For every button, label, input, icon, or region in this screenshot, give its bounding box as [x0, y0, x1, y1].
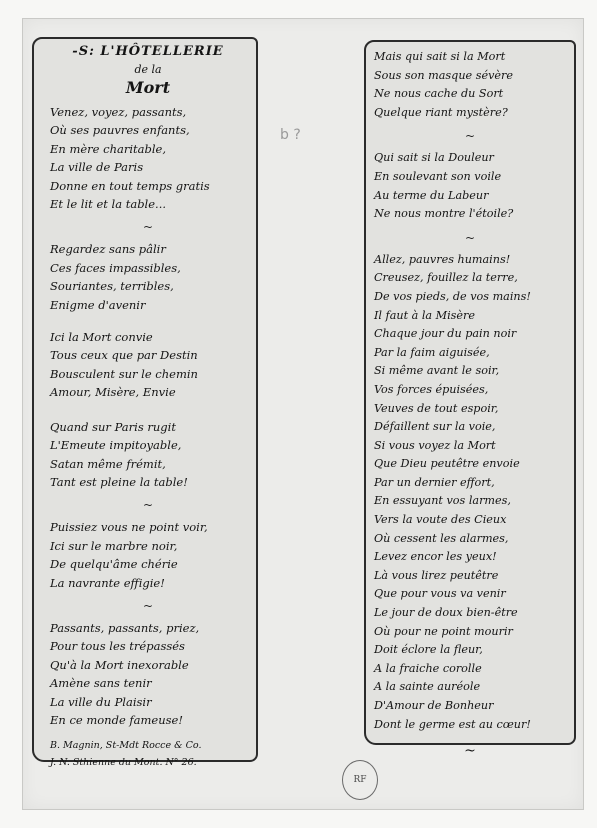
verse-line: La ville du Plaisir — [50, 693, 246, 711]
library-stamp: RF — [342, 760, 378, 800]
verse-line: Dont le germe est au cœur! — [374, 716, 566, 735]
verse-line: En mère charitable, — [50, 140, 246, 158]
verse-line: Amour, Misère, Envie — [50, 383, 246, 401]
verse-line: Satan même frémit, — [50, 455, 246, 473]
verse-line: Puissiez vous ne point voir, — [50, 518, 246, 536]
stanza-8: Qui sait si la Douleur En soulevant son … — [374, 149, 566, 223]
verse-line: Amène sans tenir — [50, 674, 246, 692]
verse-line: Pour tous les trépassés — [50, 637, 246, 655]
stanza-7: Mais qui sait si la Mort Sous son masque… — [374, 48, 566, 122]
stanza-5: Puissiez vous ne point voir, Ici sur le … — [50, 518, 246, 592]
verse-line: Que pour vous va venir — [374, 585, 566, 604]
verse-line: Passants, passants, priez, — [50, 619, 246, 637]
verse-line: Veuves de tout espoir, — [374, 400, 566, 419]
verse-line: Par un dernier effort, — [374, 474, 566, 493]
verse-line: Regardez sans pâlir — [50, 240, 246, 258]
stanza-2: Regardez sans pâlir Ces faces impassible… — [50, 240, 246, 314]
verse-line: Au terme du Labeur — [374, 187, 566, 206]
verse-line: Allez, pauvres humains! — [374, 251, 566, 270]
right-poem-column: Mais qui sait si la Mort Sous son masque… — [364, 40, 576, 745]
verse-line: Donne en tout temps gratis — [50, 177, 246, 195]
verse-line: Qu'à la Mort inexorable — [50, 656, 246, 674]
verse-line: En essuyant vos larmes, — [374, 492, 566, 511]
verse-line: L'Emeute impitoyable, — [50, 436, 246, 454]
verse-line: En soulevant son voile — [374, 168, 566, 187]
left-poem-column: -S: L'HÔTELLERIE de la Mort Venez, voyez… — [32, 37, 258, 762]
verse-line: Vos forces épuisées, — [374, 381, 566, 400]
stanza-3: Ici la Mort convie Tous ceux que par Des… — [50, 328, 246, 402]
verse-line: Si même avant le soir, — [374, 362, 566, 381]
verse-line: Le jour de doux bien-être — [374, 604, 566, 623]
stanza-9: Allez, pauvres humains! Creusez, fouille… — [374, 251, 566, 734]
verse-line: Bousculent sur le chemin — [50, 365, 246, 383]
verse-line: Défaillent sur la voie, — [374, 418, 566, 437]
verse-line: Creusez, fouillez la terre, — [374, 269, 566, 288]
verse-line: Quand sur Paris rugit — [50, 418, 246, 436]
poem-title-de-la: de la — [50, 61, 246, 79]
verse-line: Quelque riant mystère? — [374, 104, 566, 123]
flourish-divider: ~ — [374, 233, 566, 243]
verse-line: Que Dieu peutêtre envoie — [374, 455, 566, 474]
verse-line: Ici sur le marbre noir, — [50, 537, 246, 555]
verse-line: Tous ceux que par Destin — [50, 346, 246, 364]
verse-line: Chaque jour du pain noir — [374, 325, 566, 344]
verse-line: Sous son masque sévère — [374, 67, 566, 86]
flourish-bottom: ~ — [374, 743, 566, 759]
verse-line: Tant est pleine la table! — [50, 473, 246, 491]
verse-line: Vers la voute des Cieux — [374, 511, 566, 530]
verse-line: Venez, voyez, passants, — [50, 103, 246, 121]
imprint-line-1: B. Magnin, St-Mdt Rocce & Co. — [50, 738, 246, 753]
verse-line: D'Amour de Bonheur — [374, 697, 566, 716]
flourish-divider: ~ — [50, 500, 246, 510]
verse-line: Qui sait si la Douleur — [374, 149, 566, 168]
verse-line: Il faut à la Misère — [374, 307, 566, 326]
stanza-6: Passants, passants, priez, Pour tous les… — [50, 619, 246, 729]
flourish-divider: ~ — [374, 131, 566, 141]
verse-line: Levez encor les yeux! — [374, 548, 566, 567]
verse-line: La navrante effigie! — [50, 574, 246, 592]
verse-line: Et le lit et la table... — [50, 195, 246, 213]
verse-line: De vos pieds, de vos mains! — [374, 288, 566, 307]
imprint-line-2: J. N. Sthienne du Mont. N° 26. — [50, 755, 246, 770]
verse-line: Si vous voyez la Mort — [374, 437, 566, 456]
poem-title-mort: Mort — [50, 79, 246, 97]
stanza-4: Quand sur Paris rugit L'Emeute impitoyab… — [50, 418, 246, 492]
poem-title: -S: L'HÔTELLERIE — [50, 43, 246, 61]
stanza-1: Venez, voyez, passants, Où ses pauvres e… — [50, 103, 246, 213]
verse-line: Où cessent les alarmes, — [374, 530, 566, 549]
verse-line: A la sainte auréole — [374, 678, 566, 697]
flourish-divider: ~ — [50, 222, 246, 232]
verse-line: La ville de Paris — [50, 158, 246, 176]
verse-line: Ne nous montre l'étoile? — [374, 205, 566, 224]
verse-line: Où ses pauvres enfants, — [50, 121, 246, 139]
verse-line: A la fraiche corolle — [374, 660, 566, 679]
verse-line: En ce monde fameuse! — [50, 711, 246, 729]
verse-line: Où pour ne point mourir — [374, 623, 566, 642]
verse-line: Souriantes, terribles, — [50, 277, 246, 295]
verse-line: Mais qui sait si la Mort — [374, 48, 566, 67]
verse-line: Ici la Mort convie — [50, 328, 246, 346]
verse-line: Ces faces impassibles, — [50, 259, 246, 277]
verse-line: Enigme d'avenir — [50, 296, 246, 314]
pencil-annotation: b ? — [280, 128, 301, 142]
verse-line: Par la faim aiguisée, — [374, 344, 566, 363]
flourish-divider: ~ — [50, 601, 246, 611]
verse-line: Doit éclore la fleur, — [374, 641, 566, 660]
verse-line: De quelqu'âme chérie — [50, 555, 246, 573]
verse-line: Là vous lirez peutêtre — [374, 567, 566, 586]
verse-line: Ne nous cache du Sort — [374, 85, 566, 104]
